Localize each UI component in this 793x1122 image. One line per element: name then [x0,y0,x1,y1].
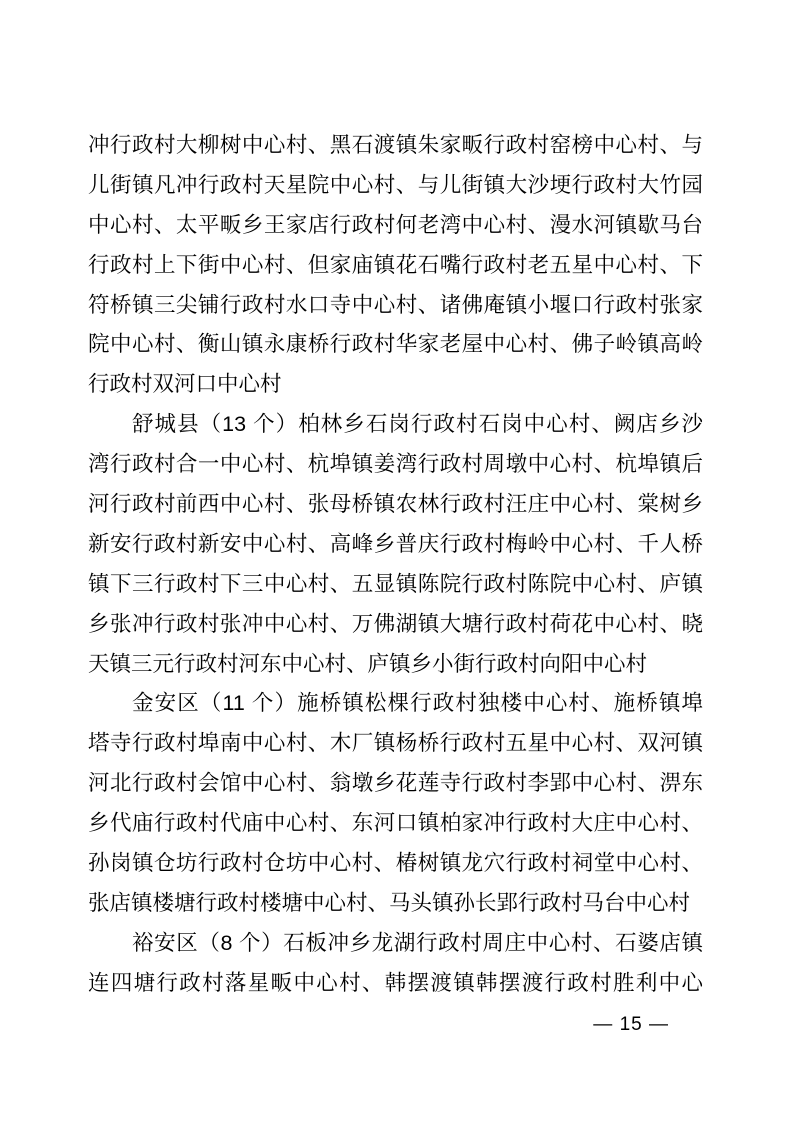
text-line: 乡张冲行政村张冲中心村、万佛湖镇大塘行政村荷花中心村、晓 [88,605,703,645]
text-line: 行政村双河口中心村 [88,365,703,405]
text-line: 舒城县（13 个）柏林乡石岗行政村石岗中心村、阙店乡沙 [88,405,703,445]
text-line: 河行政村前西中心村、张母桥镇农林行政村汪庄中心村、棠树乡 [88,485,703,525]
text-line: 行政村上下街中心村、但家庙镇花石嘴行政村老五星中心村、下 [88,246,703,286]
text-line: 张店镇楼塘行政村楼塘中心村、马头镇孙长郢行政村马台中心村 [88,884,703,924]
text-line: 儿街镇凡冲行政村天星院中心村、与儿街镇大沙埂行政村大竹园 [88,166,703,206]
text-line: 塔寺行政村埠南中心村、木厂镇杨桥行政村五星中心村、双河镇 [88,724,703,764]
text-line: 镇下三行政村下三中心村、五显镇陈院行政村陈院中心村、庐镇 [88,565,703,605]
paragraph-continuation: 冲行政村大柳树中心村、黑石渡镇朱家畈行政村窑榜中心村、与 儿街镇凡冲行政村天星院… [88,126,703,405]
page-number: — 15 — [593,1012,669,1038]
text-line: 乡代庙行政村代庙中心村、东河口镇柏家冲行政村大庄中心村、 [88,804,703,844]
document-body: 冲行政村大柳树中心村、黑石渡镇朱家畈行政村窑榜中心村、与 儿街镇凡冲行政村天星院… [88,126,703,1004]
text-line: 金安区（11 个）施桥镇松棵行政村独楼中心村、施桥镇埠 [88,684,703,724]
text-line: 湾行政村合一中心村、杭埠镇姜湾行政村周墩中心村、杭埠镇后 [88,445,703,485]
text-line: 孙岗镇仓坊行政村仓坊中心村、椿树镇龙穴行政村祠堂中心村、 [88,844,703,884]
text-line: 天镇三元行政村河东中心村、庐镇乡小街行政村向阳中心村 [88,645,703,685]
text-line: 连四塘行政村落星畈中心村、韩摆渡镇韩摆渡行政村胜利中心 [88,964,703,1004]
paragraph-shucheng-county: 舒城县（13 个）柏林乡石岗行政村石岗中心村、阙店乡沙 湾行政村合一中心村、杭埠… [88,405,703,684]
text-line: 冲行政村大柳树中心村、黑石渡镇朱家畈行政村窑榜中心村、与 [88,126,703,166]
text-line: 裕安区（8 个）石板冲乡龙湖行政村周庄中心村、石婆店镇 [88,924,703,964]
text-line: 河北行政村会馆中心村、翁墩乡花莲寺行政村李郢中心村、淠东 [88,764,703,804]
text-line: 符桥镇三尖铺行政村水口寺中心村、诸佛庵镇小堰口行政村张家 [88,286,703,326]
text-line: 院中心村、衡山镇永康桥行政村华家老屋中心村、佛子岭镇高岭 [88,325,703,365]
text-line: 中心村、太平畈乡王家店行政村何老湾中心村、漫水河镇歇马台 [88,206,703,246]
paragraph-yuan-district: 裕安区（8 个）石板冲乡龙湖行政村周庄中心村、石婆店镇 连四塘行政村落星畈中心村… [88,924,703,1004]
text-line: 新安行政村新安中心村、高峰乡普庆行政村梅岭中心村、千人桥 [88,525,703,565]
document-page: 冲行政村大柳树中心村、黑石渡镇朱家畈行政村窑榜中心村、与 儿街镇凡冲行政村天星院… [0,0,793,1122]
paragraph-jinan-district: 金安区（11 个）施桥镇松棵行政村独楼中心村、施桥镇埠 塔寺行政村埠南中心村、木… [88,684,703,923]
